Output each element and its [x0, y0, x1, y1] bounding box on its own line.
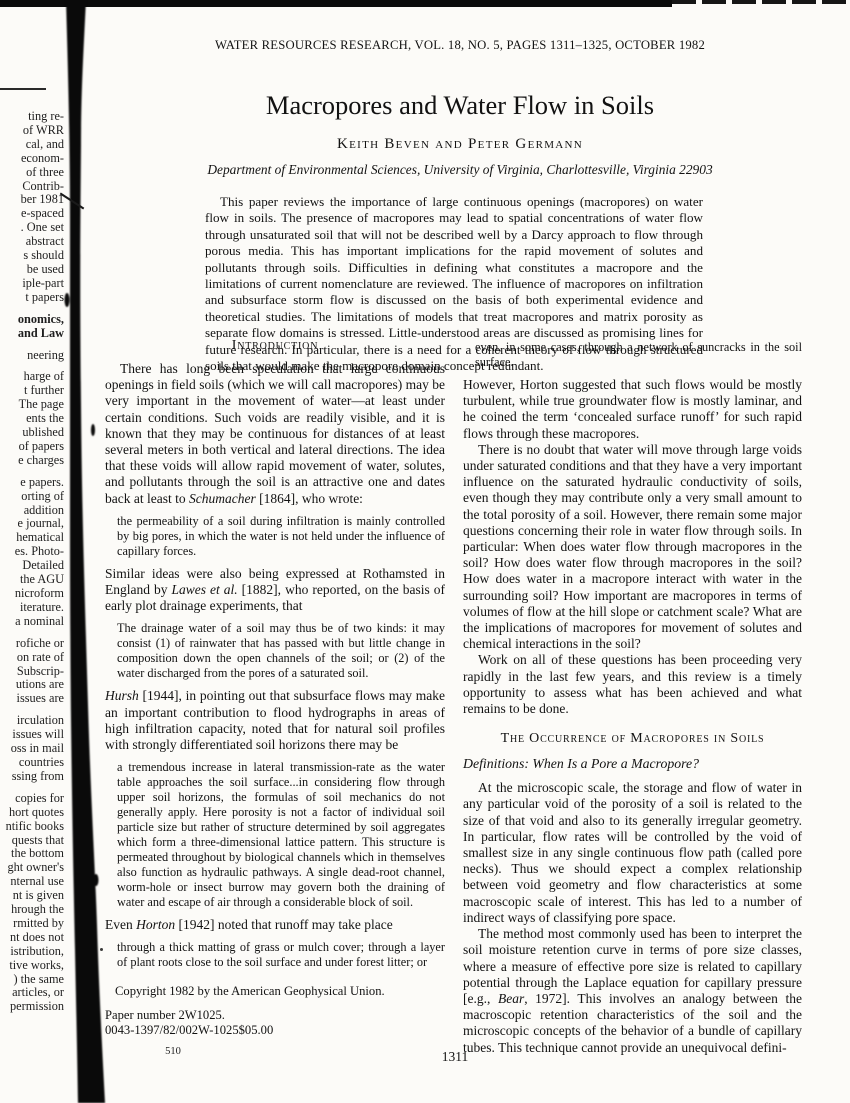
citation-ref: Schumacher	[189, 491, 256, 506]
citation-ref: Horton	[136, 917, 175, 932]
paragraph-text: [1864], who wrote:	[256, 491, 363, 506]
fragment-line: nicroform	[0, 587, 64, 601]
fragment-line: neering	[0, 349, 64, 363]
adjacent-page-rule	[0, 88, 46, 90]
paragraph-intro: There has long been speculation that lar…	[105, 361, 445, 507]
fragment-line: articles, or	[0, 986, 64, 1000]
fragment-line: hort quotes	[0, 806, 64, 820]
citation-ref: Bear	[498, 991, 524, 1006]
issn-code-line: 0043-1397/82/002W-1025$05.00	[105, 1023, 445, 1038]
fragment-line: istribution,	[0, 945, 64, 959]
fragment-line: copies for	[0, 792, 64, 806]
fragment-line: ublished	[0, 426, 64, 440]
fragment-line: be used	[0, 263, 64, 277]
block-quote-horton: through a thick matting of grass or mulc…	[117, 940, 445, 970]
fragment-line: ting re-	[0, 110, 64, 124]
fragment-line: ntific books	[0, 820, 64, 834]
fragment-group: harge oft furtherThe pageents theublishe…	[0, 370, 64, 467]
journal-header: WATER RESOURCES RESEARCH, VOL. 18, NO. 5…	[105, 38, 815, 53]
block-quote-schumacher: the permeability of a soil during infilt…	[117, 514, 445, 559]
copyright-line: Copyright 1982 by the American Geophysic…	[105, 984, 445, 999]
fragment-line: ber 1981	[0, 193, 64, 207]
paragraph-however: However, Horton suggested that such flow…	[463, 377, 802, 442]
subsection-heading-definitions: Definitions: When Is a Pore a Macropore?	[463, 756, 802, 772]
fragment-line: a nominal	[0, 615, 64, 629]
fragment-line: e-spaced	[0, 207, 64, 221]
adjacent-page-fragments: ting re-of WRRcal, andeconom-of threeCon…	[0, 110, 64, 1022]
fragment-line: countries	[0, 756, 64, 770]
fragment-line: nt does not	[0, 931, 64, 945]
section-heading-occurrence: The Occurrence of Macropores in Soils	[463, 731, 802, 747]
fragment-line: s should	[0, 249, 64, 263]
fragment-group: rofiche oron rate ofSubscrip-utions arei…	[0, 637, 64, 707]
fragment-line: nternal use	[0, 875, 64, 889]
paragraph-hursh: Hursh [1944], in pointing out that subsu…	[105, 688, 445, 753]
fragment-line: addition	[0, 504, 64, 518]
citation-ref: Hursh	[105, 688, 139, 703]
fragment-line: e journal,	[0, 517, 64, 531]
fragment-line: hematical	[0, 531, 64, 545]
fragment-line: abstract	[0, 235, 64, 249]
fragment-line: Detailed	[0, 559, 64, 573]
paper-number-line: Paper number 2W1025.	[105, 1008, 445, 1023]
fragment-line: iple-part	[0, 277, 64, 291]
paragraph-doubt: There is no doubt that water will move t…	[463, 442, 802, 653]
paragraph-text: [1942] noted that runoff may take place	[175, 917, 393, 932]
fragment-line: issues are	[0, 692, 64, 706]
fragment-line: of three	[0, 166, 64, 180]
fragment-group: e papers.orting ofadditione journal,hema…	[0, 476, 64, 629]
block-quote-hursh: a tremendous increase in lateral transmi…	[117, 760, 445, 910]
footnote-block: Copyright 1982 by the American Geophysic…	[105, 984, 445, 1038]
fragment-line: nt is given	[0, 889, 64, 903]
fragment-line: onomics,	[0, 313, 64, 327]
fragment-line: issues will	[0, 728, 64, 742]
fragment-line: and Law	[0, 327, 64, 341]
fragment-line: t further	[0, 384, 64, 398]
paragraph-text: [1944], in pointing out that subsurface …	[105, 688, 445, 752]
paragraph-text: There has long been speculation that lar…	[105, 361, 445, 506]
fragment-group: neering	[0, 349, 64, 363]
fragment-line: The page	[0, 398, 64, 412]
fragment-group: ting re-of WRRcal, andeconom-of threeCon…	[0, 110, 64, 305]
fragment-line: of WRR	[0, 124, 64, 138]
paragraph-similar: Similar ideas were also being expressed …	[105, 566, 445, 615]
paper-title: Macropores and Water Flow in Soils	[105, 90, 815, 121]
fragment-line: ght owner's	[0, 861, 64, 875]
fragment-line: quests that	[0, 834, 64, 848]
paragraph-work: Work on all of these questions has been …	[463, 652, 802, 717]
gutter-speck	[94, 874, 99, 886]
fragment-line: hrough the	[0, 903, 64, 917]
right-column: even, in some cases, through a network o…	[463, 338, 802, 1056]
left-column: Introduction There has long been specula…	[105, 338, 445, 1038]
fragment-line: the AGU	[0, 573, 64, 587]
fragment-line: Contrib-	[0, 180, 64, 194]
fragment-line: harge of	[0, 370, 64, 384]
fragment-line: permission	[0, 1000, 64, 1014]
fragment-line: ssing from	[0, 770, 64, 784]
scanned-paper-page: ting re-of WRRcal, andeconom-of threeCon…	[0, 0, 850, 1103]
fragment-line: ents the	[0, 412, 64, 426]
fragment-line: irculation	[0, 714, 64, 728]
fragment-line: e charges	[0, 454, 64, 468]
fragment-line: cal, and	[0, 138, 64, 152]
scan-speck	[100, 948, 103, 951]
block-quote-horton-continued: even, in some cases, through a network o…	[475, 340, 802, 370]
fragment-line: utions are	[0, 678, 64, 692]
fragment-line: orting of	[0, 490, 64, 504]
fragment-line: the bottom	[0, 847, 64, 861]
fragment-line: rofiche or	[0, 637, 64, 651]
fragment-line: econom-	[0, 152, 64, 166]
paragraph-horton: Even Horton [1942] noted that runoff may…	[105, 917, 445, 933]
paragraph-method: The method most commonly used has been t…	[463, 926, 802, 1056]
block-quote-lawes: The drainage water of a soil may thus be…	[117, 621, 445, 681]
fragment-group: copies forhort quotesntific booksquests …	[0, 792, 64, 1015]
paragraph-microscopic: At the microscopic scale, the storage an…	[463, 780, 802, 926]
fragment-line: iterature.	[0, 601, 64, 615]
affiliation-line: Department of Environmental Sciences, Un…	[105, 162, 815, 178]
fragment-line: . One set	[0, 221, 64, 235]
gutter-speck	[91, 424, 95, 436]
gutter-shape	[66, 0, 105, 1103]
fragment-line: on rate of	[0, 651, 64, 665]
section-heading-introduction: Introduction	[105, 338, 445, 354]
citation-ref: Lawes et al.	[172, 582, 238, 597]
fragment-line: rmitted by	[0, 917, 64, 931]
fragment-line: Subscrip-	[0, 665, 64, 679]
gutter-speck	[65, 293, 70, 307]
fragment-line: tive works,	[0, 959, 64, 973]
fragment-line: es. Photo-	[0, 545, 64, 559]
fragment-group: irculationissues willoss in mailcountrie…	[0, 714, 64, 784]
fragment-line: ) the same	[0, 973, 64, 987]
fragment-line: of papers	[0, 440, 64, 454]
authors-line: Keith Beven and Peter Germann	[105, 136, 815, 153]
fragment-group-bold: onomics,and Law	[0, 313, 64, 341]
paragraph-text: Even	[105, 917, 136, 932]
fragment-line: t papers	[0, 291, 64, 305]
fragment-line: e papers.	[0, 476, 64, 490]
scan-top-edge-dashes	[672, 0, 850, 4]
page-number: 1311	[105, 1049, 805, 1065]
fragment-line: oss in mail	[0, 742, 64, 756]
